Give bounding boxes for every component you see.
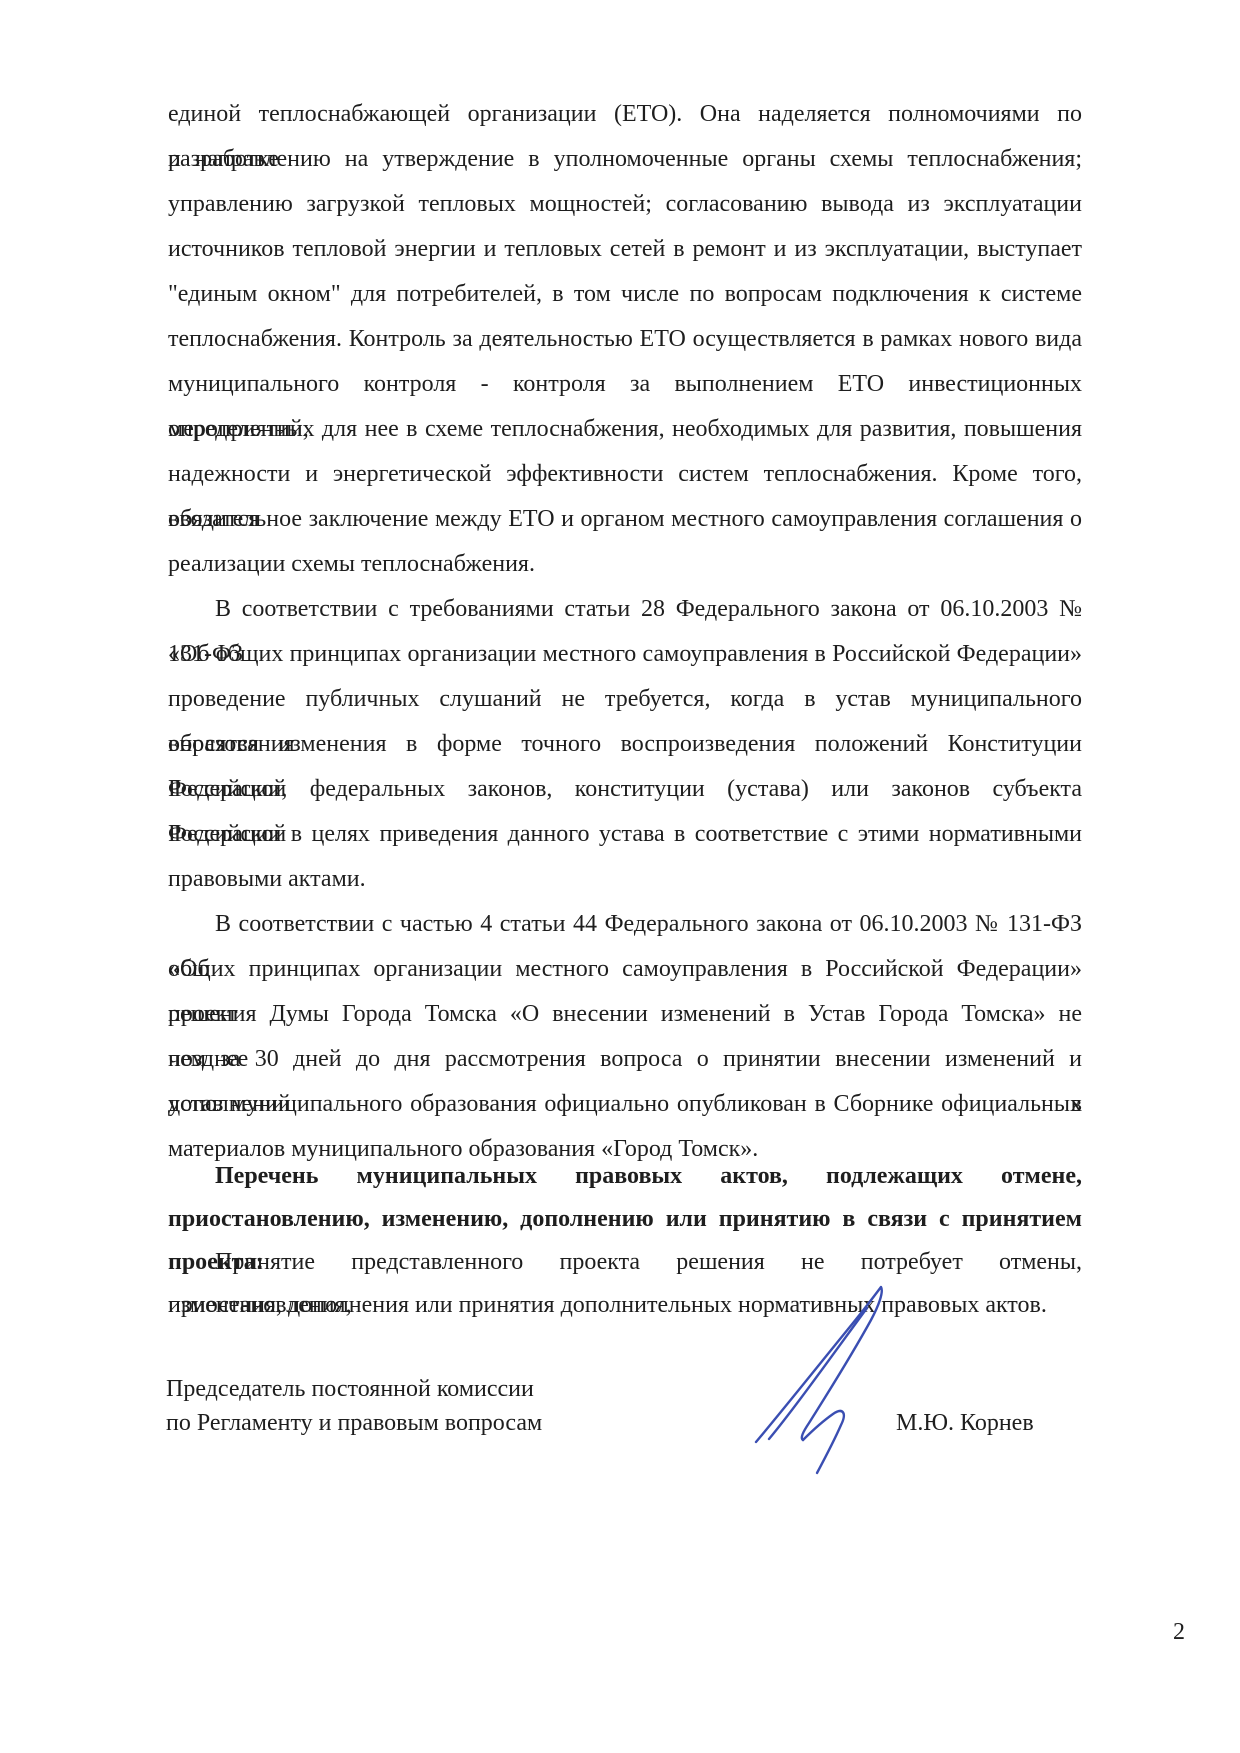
body-text-lower: Перечень муниципальных правовых актов, п… <box>168 1155 1082 1327</box>
handwritten-signature-icon <box>748 1280 908 1475</box>
text-line: теплоснабжения. Контроль за деятельность… <box>168 317 1082 362</box>
paragraph: Принятие представленного проекта решения… <box>168 1241 1082 1327</box>
paragraph: В соответствии с требованиями статьи 28 … <box>168 587 1082 902</box>
text-line: Принятие представленного проекта решения… <box>168 1241 1082 1284</box>
text-line: и направлению на утверждение в уполномоч… <box>168 137 1082 182</box>
text-line: надежности и энергетической эффективност… <box>168 452 1082 497</box>
text-line: общих принципах организации местного сам… <box>168 947 1082 992</box>
text-line: чем за 30 дней до дня рассмотрения вопро… <box>168 1037 1082 1082</box>
body-text: единой теплоснабжающей организации (ЕТО)… <box>168 92 1082 1172</box>
text-line: устав муниципального образования официал… <box>168 1082 1082 1127</box>
text-line: Перечень муниципальных правовых актов, п… <box>168 1155 1082 1198</box>
text-line: правовыми актами. <box>168 857 1082 902</box>
text-line: обязательное заключение между ЕТО и орга… <box>168 497 1082 542</box>
signatory-position-line1: Председатель постоянной комиссии <box>166 1372 542 1406</box>
text-line: вносятся изменения в форме точного воспр… <box>168 722 1082 767</box>
paragraph: единой теплоснабжающей организации (ЕТО)… <box>168 92 1082 587</box>
text-line: изменения, дополнения или принятия допол… <box>168 1284 1082 1327</box>
text-line: источников тепловой энергии и тепловых с… <box>168 227 1082 272</box>
text-line: единой теплоснабжающей организации (ЕТО)… <box>168 92 1082 137</box>
text-line: реализации схемы теплоснабжения. <box>168 542 1082 587</box>
signatory-name: М.Ю. Корнев <box>896 1406 1034 1440</box>
text-line: Федерации в целях приведения данного уст… <box>168 812 1082 857</box>
text-line: «Об общих принципах организации местного… <box>168 632 1082 677</box>
text-line: решения Думы Города Томска «О внесении и… <box>168 992 1082 1037</box>
text-line: управлению загрузкой тепловых мощностей;… <box>168 182 1082 227</box>
signatory-position-line2: по Регламенту и правовым вопросам <box>166 1406 542 1440</box>
text-line: приостановлению, изменению, дополнению и… <box>168 1198 1082 1241</box>
text-line: определенных для нее в схеме теплоснабже… <box>168 407 1082 452</box>
text-line: "единым окном" для потребителей, в том ч… <box>168 272 1082 317</box>
text-line: В соответствии с частью 4 статьи 44 Феде… <box>168 902 1082 947</box>
heading-paragraph: Перечень муниципальных правовых актов, п… <box>168 1155 1082 1241</box>
paragraph: В соответствии с частью 4 статьи 44 Феде… <box>168 902 1082 1172</box>
page-number: 2 <box>1173 1615 1185 1649</box>
text-line: проведение публичных слушаний не требует… <box>168 677 1082 722</box>
signatory-position: Председатель постоянной комиссии по Регл… <box>166 1372 542 1440</box>
text-line: Федерации, федеральных законов, конститу… <box>168 767 1082 812</box>
document-page: единой теплоснабжающей организации (ЕТО)… <box>0 0 1240 1753</box>
text-line: В соответствии с требованиями статьи 28 … <box>168 587 1082 632</box>
text-line: муниципального контроля - контроля за вы… <box>168 362 1082 407</box>
